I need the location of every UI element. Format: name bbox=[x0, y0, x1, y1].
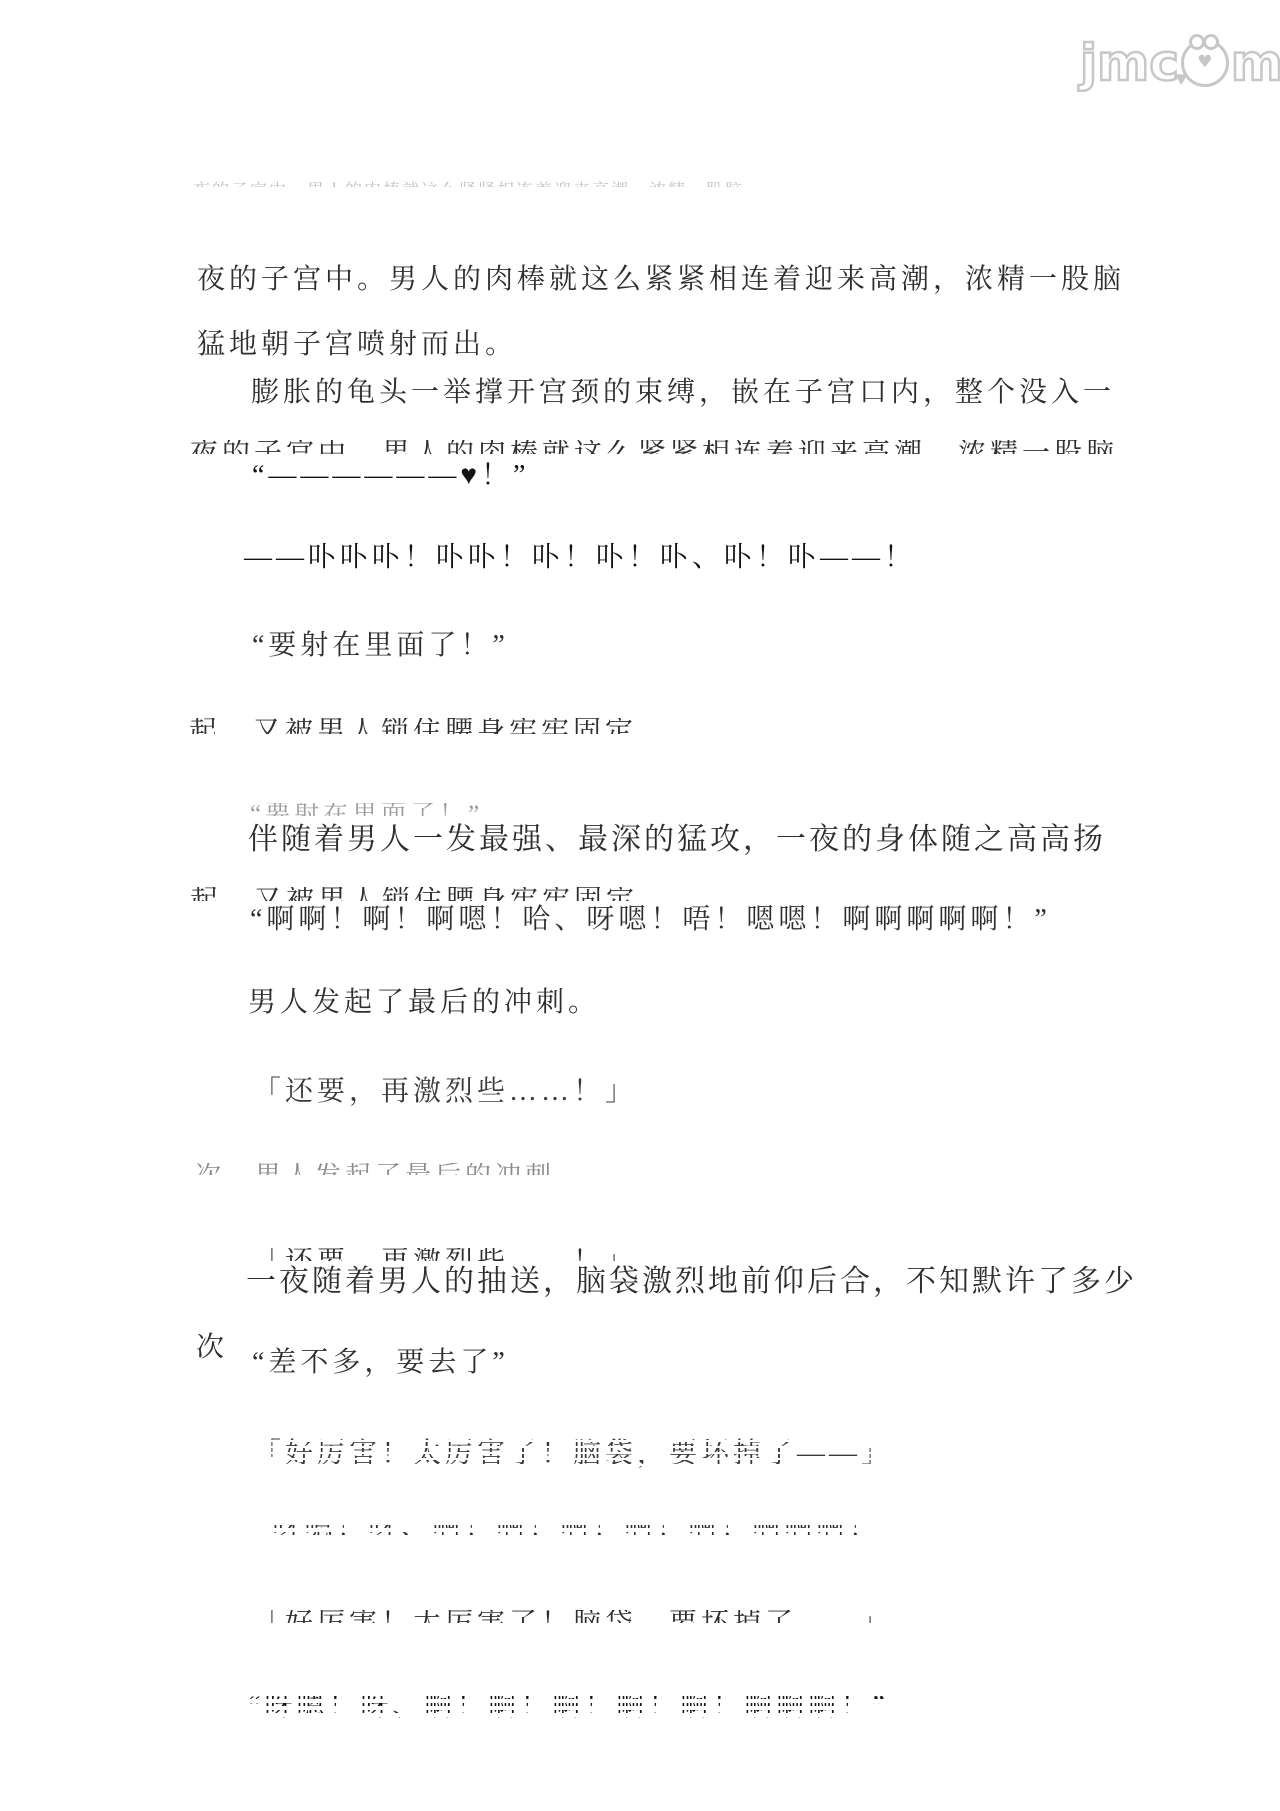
degraded-dialogue-band: “呀嗯！呀、啊！啊！啊！啊！啊！啊啊啊！” bbox=[256, 1525, 897, 1542]
sfx-line: ——卟卟卟！卟卟！卟！卟！卟、卟！卟——！ bbox=[244, 540, 916, 576]
body-line: 伴随着男人一发最强、最深的猛攻，一夜的身体随之高高扬 bbox=[248, 820, 1106, 859]
logo-text-left: jmc bbox=[1080, 38, 1179, 88]
clipped-text: 次。男人发起了最后的冲刺。 bbox=[195, 1163, 585, 1175]
logo-text-right: mic bbox=[1231, 38, 1280, 88]
clipped-line: 夜的子宫中。男人的肉棒就这么紧紧相连着迎来高潮，浓精一股脑 bbox=[190, 440, 1118, 454]
degraded-bracket-line: 「好厉害！太厉害了！脑袋，要坏掉了——」 bbox=[253, 1436, 893, 1472]
dialogue-line: “要射在里面了！” bbox=[252, 628, 509, 664]
bracket-dialogue-line: 「还要，再激烈些……！」 bbox=[253, 1074, 637, 1110]
body-line: 一夜随着男人的抽送，脑袋激烈地前仰后合，不知默许了多少 bbox=[246, 1262, 1137, 1301]
clipped-text: 「还要，再激烈些……！」 bbox=[253, 1248, 637, 1261]
body-line-indent: 膨胀的龟头一举撑开宫颈的束缚，嵌在子宫口内，整个没入一 bbox=[251, 375, 1115, 411]
clipped-text: 起，又被男人锁住腰身牢牢固定。 bbox=[190, 887, 670, 901]
body-line: 夜的子宫中。男人的肉棒就这么紧紧相连着迎来高潮，浓精一股脑 bbox=[197, 262, 1125, 298]
clipped-text: “要射在里面了！” bbox=[250, 803, 483, 816]
clipped-text: 「好厉害！太厉害了！脑袋，要坏掉了——」 bbox=[253, 1610, 893, 1623]
jmcomic-logo: jmc ♥ mic bbox=[1080, 38, 1280, 88]
moan-dialogue-line: “啊啊！啊！啊嗯！哈、呀嗯！唔！嗯嗯！啊啊啊啊啊！” bbox=[250, 902, 1051, 938]
clipped-bracket-line: 「还要，再激烈些……！」 bbox=[253, 1248, 637, 1261]
dialogue-line: “差不多，要去了” bbox=[252, 1345, 509, 1381]
clipped-line-sliver: 夜的子宫中。男人的肉棒就这么紧紧相连着迎来高潮，浓精一股脑 bbox=[193, 181, 744, 187]
body-line: 男人发起了最后的冲刺。 bbox=[248, 985, 600, 1021]
clipped-text: “呀嗯！呀、啊！啊！啊！啊！啊！啊啊啊！” bbox=[256, 1525, 897, 1542]
clipped-text: 夜的子宫中。男人的肉棒就这么紧紧相连着迎来高潮，浓精一股脑 bbox=[193, 181, 744, 187]
clipped-line: 次。男人发起了最后的冲刺。 bbox=[195, 1163, 585, 1175]
novel-page: jmc ♥ mic 夜的子宫中。男人的肉棒就这么紧紧相连着迎来高潮，浓精一股脑 … bbox=[0, 0, 1280, 1811]
wrapped-char: 次 bbox=[196, 1330, 228, 1366]
clipped-line: 起，又被男人锁住腰身牢牢固定。 bbox=[190, 887, 670, 901]
faint-dialogue-line: “要射在里面了！” bbox=[250, 803, 483, 816]
chick-tuft-icon bbox=[1201, 32, 1221, 52]
clipped-text: 起，又被男人锁住腰身牢牢固定。 bbox=[189, 718, 669, 734]
clipped-text: 夜的子宫中。男人的肉棒就这么紧紧相连着迎来高潮，浓精一股脑 bbox=[190, 440, 1118, 454]
body-line: 猛地朝子宫喷射而出。 bbox=[197, 327, 517, 363]
heart-icon: ♥ bbox=[1197, 52, 1212, 72]
chick-icon: ♥ bbox=[1181, 39, 1229, 87]
clipped-bracket-line: 「好厉害！太厉害了！脑袋，要坏掉了——」 bbox=[253, 1610, 893, 1623]
dialogue-heart-line: “——————♥！” bbox=[252, 458, 529, 494]
degraded-dialogue-line: “呀嗯！呀、啊！啊！啊！啊！啊！啊啊啊！” bbox=[248, 1689, 889, 1725]
clipped-line: 起，又被男人锁住腰身牢牢固定。 bbox=[189, 718, 669, 734]
